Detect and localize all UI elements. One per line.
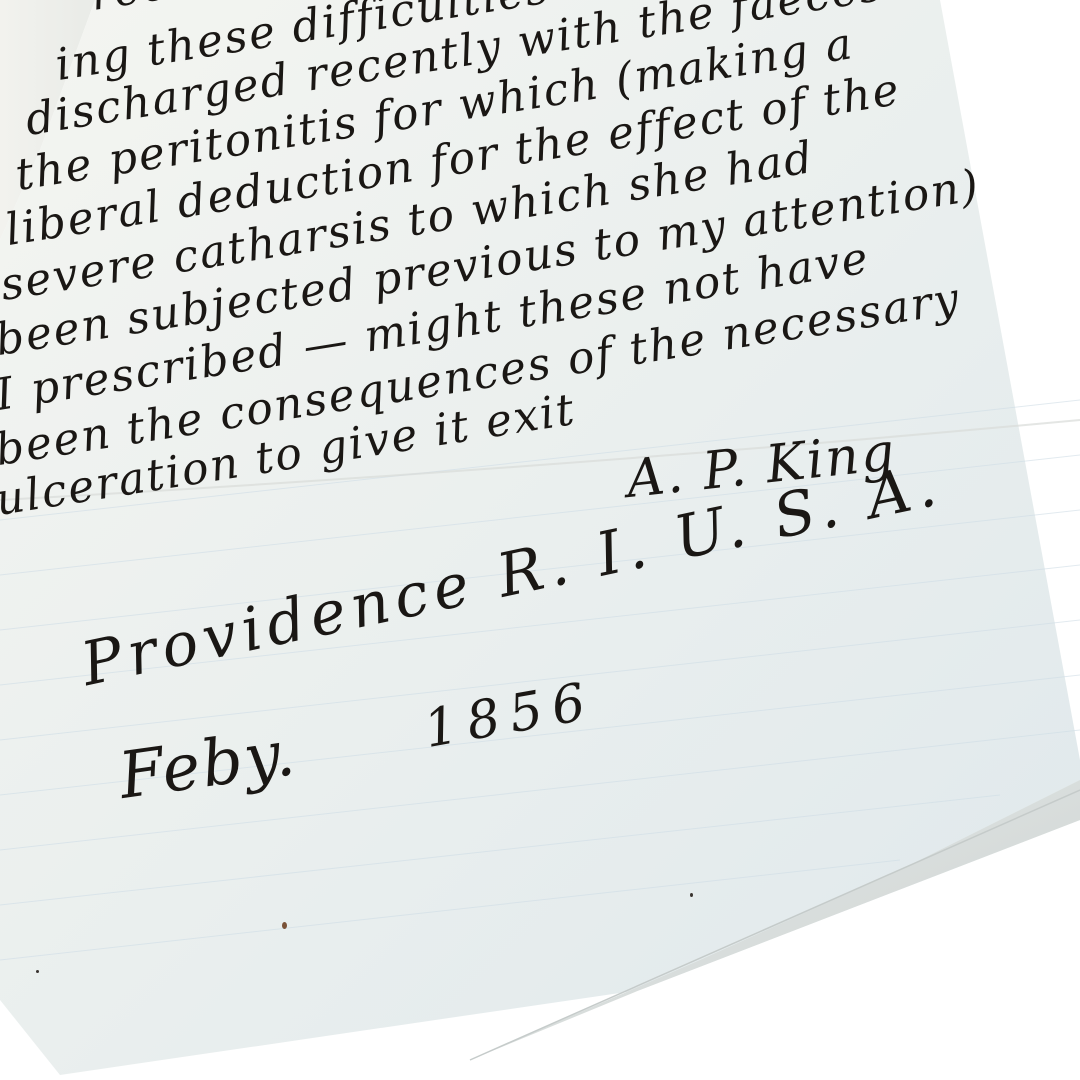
paper-speck — [282, 922, 287, 929]
paper-speck — [690, 893, 693, 897]
paper-speck — [36, 970, 39, 973]
letter-photo: rectum as ... and the ma... ing these di… — [0, 0, 1080, 1080]
